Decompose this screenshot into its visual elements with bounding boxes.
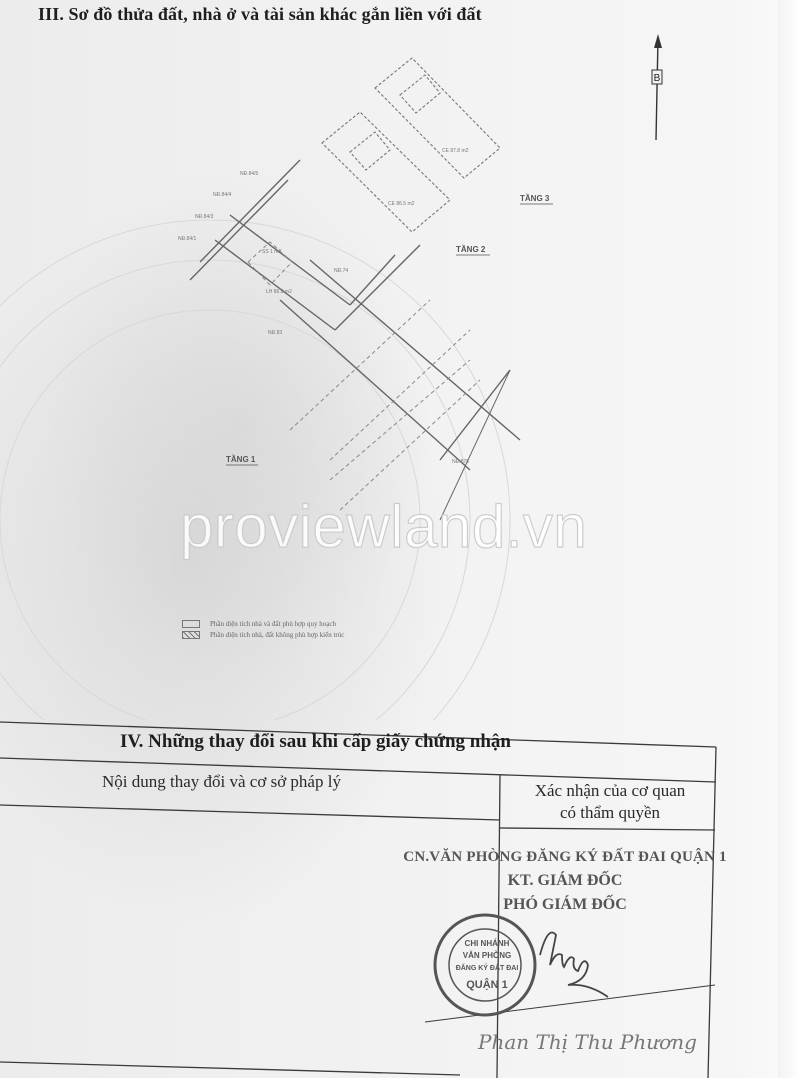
- signature-block: CN.VĂN PHÒNG ĐĂNG KÝ ĐẤT ĐAI QUẬN 1 KT. …: [380, 845, 750, 917]
- svg-text:NĐ.878: NĐ.878: [452, 459, 469, 465]
- legend-item: Phần diện tích nhà và đất phù hợp quy ho…: [182, 618, 344, 629]
- column-header-line: Xác nhận của cơ quan: [510, 780, 710, 802]
- svg-text:CE 87.8 m2: CE 87.8 m2: [442, 148, 469, 154]
- legend-text: Phần diện tích nhà và đất phù hợp quy ho…: [210, 620, 336, 628]
- legend-item: Phần diện tích nhà, đất không phù hợp ki…: [182, 629, 344, 640]
- column-header-line: có thẩm quyền: [510, 802, 710, 824]
- svg-text:B: B: [654, 73, 661, 84]
- svg-text:NĐ.84/3: NĐ.84/3: [195, 214, 214, 220]
- svg-text:TẦNG 2: TẦNG 2: [456, 244, 486, 254]
- svg-text:NĐ.84/5: NĐ.84/5: [240, 171, 259, 177]
- legend-plain-swatch-icon: [182, 620, 200, 628]
- issuing-office: CN.VĂN PHÒNG ĐĂNG KÝ ĐẤT ĐAI QUẬN 1: [380, 845, 750, 869]
- svg-text:NĐ.83: NĐ.83: [268, 330, 282, 336]
- site-plan-drawing: B NĐ.84/5 NĐ.84/4 NĐ.84/3 NĐ.84/1 NĐ.83: [0, 0, 800, 720]
- legend-hatched-swatch-icon: [182, 631, 200, 639]
- svg-text:LH 86.8 m2: LH 86.8 m2: [266, 289, 292, 295]
- legend-text: Phần diện tích nhà, đất không phù hợp ki…: [210, 631, 344, 639]
- svg-text:NĐ.84/1: NĐ.84/1: [178, 236, 197, 242]
- plan-legend: Phần diện tích nhà và đất phù hợp quy ho…: [182, 618, 344, 640]
- svg-text:NĐ.74: NĐ.74: [334, 268, 348, 274]
- column-header-confirmation: Xác nhận của cơ quan có thẩm quyền: [510, 780, 710, 824]
- svg-text:CE 86.5 m2: CE 86.5 m2: [388, 201, 415, 207]
- section-iv-title: IV. Những thay đổi sau khi cấp giấy chứn…: [120, 731, 511, 753]
- watermark: proviewland.vn: [180, 492, 640, 561]
- north-arrow-icon: B: [652, 34, 662, 140]
- signer-role: KT. GIÁM ĐỐC: [380, 869, 750, 893]
- svg-text:NĐ.84/4: NĐ.84/4: [213, 192, 232, 198]
- svg-text:TẦNG 3: TẦNG 3: [520, 193, 550, 203]
- column-header-changes: Nội dung thay đổi và cơ sở pháp lý: [102, 772, 341, 792]
- signer-name: Phan Thị Thu Phương: [478, 1030, 697, 1054]
- signer-title: PHÓ GIÁM ĐỐC: [380, 893, 750, 917]
- svg-text:SS 1 m2: SS 1 m2: [262, 249, 281, 255]
- svg-text:TẦNG 1: TẦNG 1: [226, 454, 256, 464]
